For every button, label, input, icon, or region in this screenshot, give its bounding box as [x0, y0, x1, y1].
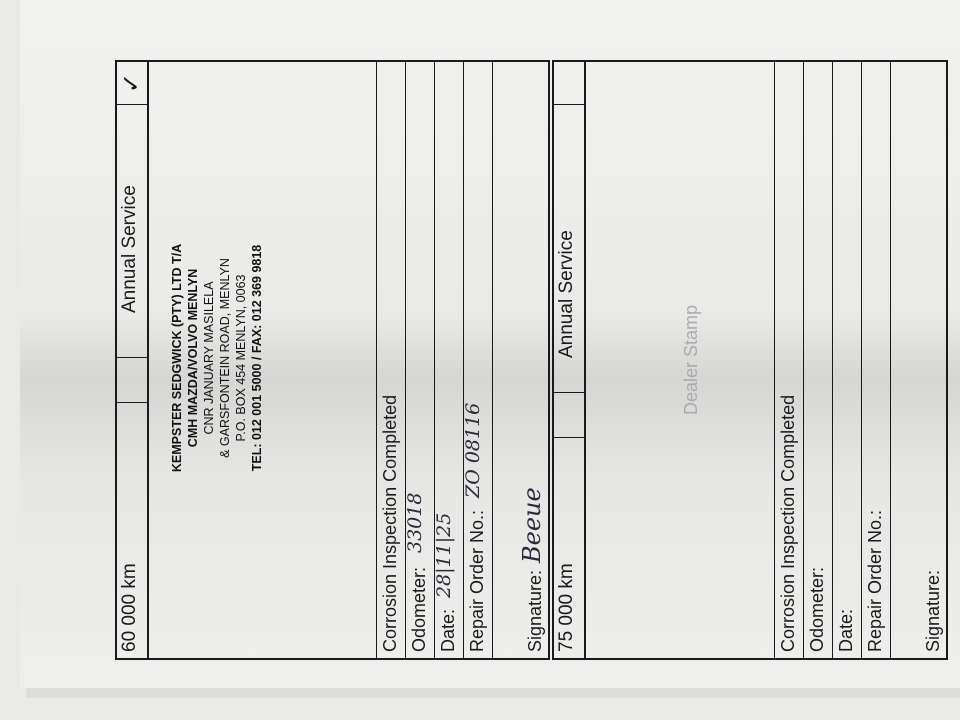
signature-row[interactable]: Signature: [890, 62, 946, 658]
corrosion-label: Corrosion Inspection Completed [380, 395, 401, 652]
repair-order-row[interactable]: Repair Order No.: [861, 62, 890, 658]
header-divider [554, 104, 584, 105]
service-fields: Corrosion Inspection Completed Odometer:… [774, 62, 946, 658]
odometer-value: 33018 [404, 493, 426, 553]
header-divider [117, 357, 147, 358]
date-label: Date: [438, 609, 459, 652]
dealer-stamp-placeholder: Dealer Stamp [681, 62, 702, 658]
dealer-stamp: KEMPSTER SEDGWICK (PTY) LTD T/A CMH MAZD… [169, 138, 265, 578]
date-row[interactable]: Date: [832, 62, 861, 658]
service-interval: 75 000 km [556, 563, 578, 652]
signature-label: Signature: [525, 570, 546, 652]
corrosion-label: Corrosion Inspection Completed [778, 395, 799, 652]
service-interval: 60 000 km [119, 563, 141, 652]
odometer-label: Odometer: [409, 567, 430, 652]
service-fields: Corrosion Inspection Completed Odometer:… [376, 62, 548, 658]
repair-order-label: Repair Order No.: [467, 510, 488, 652]
date-label: Date: [836, 609, 857, 652]
service-booklet-page: 60 000 km Annual Service ✓ KEMPSTER SEDG… [20, 0, 960, 688]
header-divider [554, 437, 584, 438]
header-divider [117, 402, 147, 403]
signature-row[interactable]: Signature: Beeue [492, 62, 548, 658]
date-row[interactable]: Date: 28|11|25 [434, 62, 463, 658]
dealer-stamp-area: KEMPSTER SEDGWICK (PTY) LTD T/A CMH MAZD… [149, 62, 371, 658]
header-divider [554, 392, 584, 393]
service-card-75000km: 75 000 km Annual Service Dealer Stamp Co… [552, 60, 948, 660]
dealer-po-box: P.O. BOX 454 MENLYN, 0063 [233, 138, 249, 578]
odometer-row[interactable]: Odometer: [803, 62, 832, 658]
signature-value: Beeue [518, 487, 546, 563]
dealer-address-line: CNR JANUARY MASILELA [201, 138, 217, 578]
service-type: Annual Service [556, 230, 578, 358]
dealer-address-line: & GARSFONTEIN ROAD, MENLYN [217, 138, 233, 578]
repair-order-row[interactable]: Repair Order No.: ZO 08116 [463, 62, 492, 658]
card-header: 60 000 km Annual Service ✓ [117, 62, 149, 658]
odometer-row[interactable]: Odometer: 33018 [405, 62, 434, 658]
checkmark-icon[interactable]: ✓ [117, 63, 147, 103]
service-card-60000km: 60 000 km Annual Service ✓ KEMPSTER SEDG… [115, 60, 550, 660]
card-header: 75 000 km Annual Service [554, 62, 586, 658]
odometer-label: Odometer: [807, 567, 828, 652]
rotated-form: 60 000 km Annual Service ✓ KEMPSTER SEDG… [115, 60, 945, 660]
repair-order-label: Repair Order No.: [865, 510, 886, 652]
dealer-name: KEMPSTER SEDGWICK (PTY) LTD T/A [169, 138, 185, 578]
signature-label: Signature: [923, 570, 944, 652]
date-value: 28|11|25 [433, 513, 455, 598]
checkbox-empty[interactable] [554, 63, 584, 103]
corrosion-row: Corrosion Inspection Completed [376, 62, 405, 658]
repair-order-value: ZO 08116 [462, 403, 484, 498]
dealer-brand: CMH MAZDA/VOLVO MENLYN [185, 138, 201, 578]
service-type: Annual Service [119, 185, 141, 313]
dealer-phone-fax: TEL: 012 001 5000 / FAX: 012 369 9818 [249, 138, 265, 578]
corrosion-row: Corrosion Inspection Completed [774, 62, 803, 658]
header-divider [117, 104, 147, 105]
